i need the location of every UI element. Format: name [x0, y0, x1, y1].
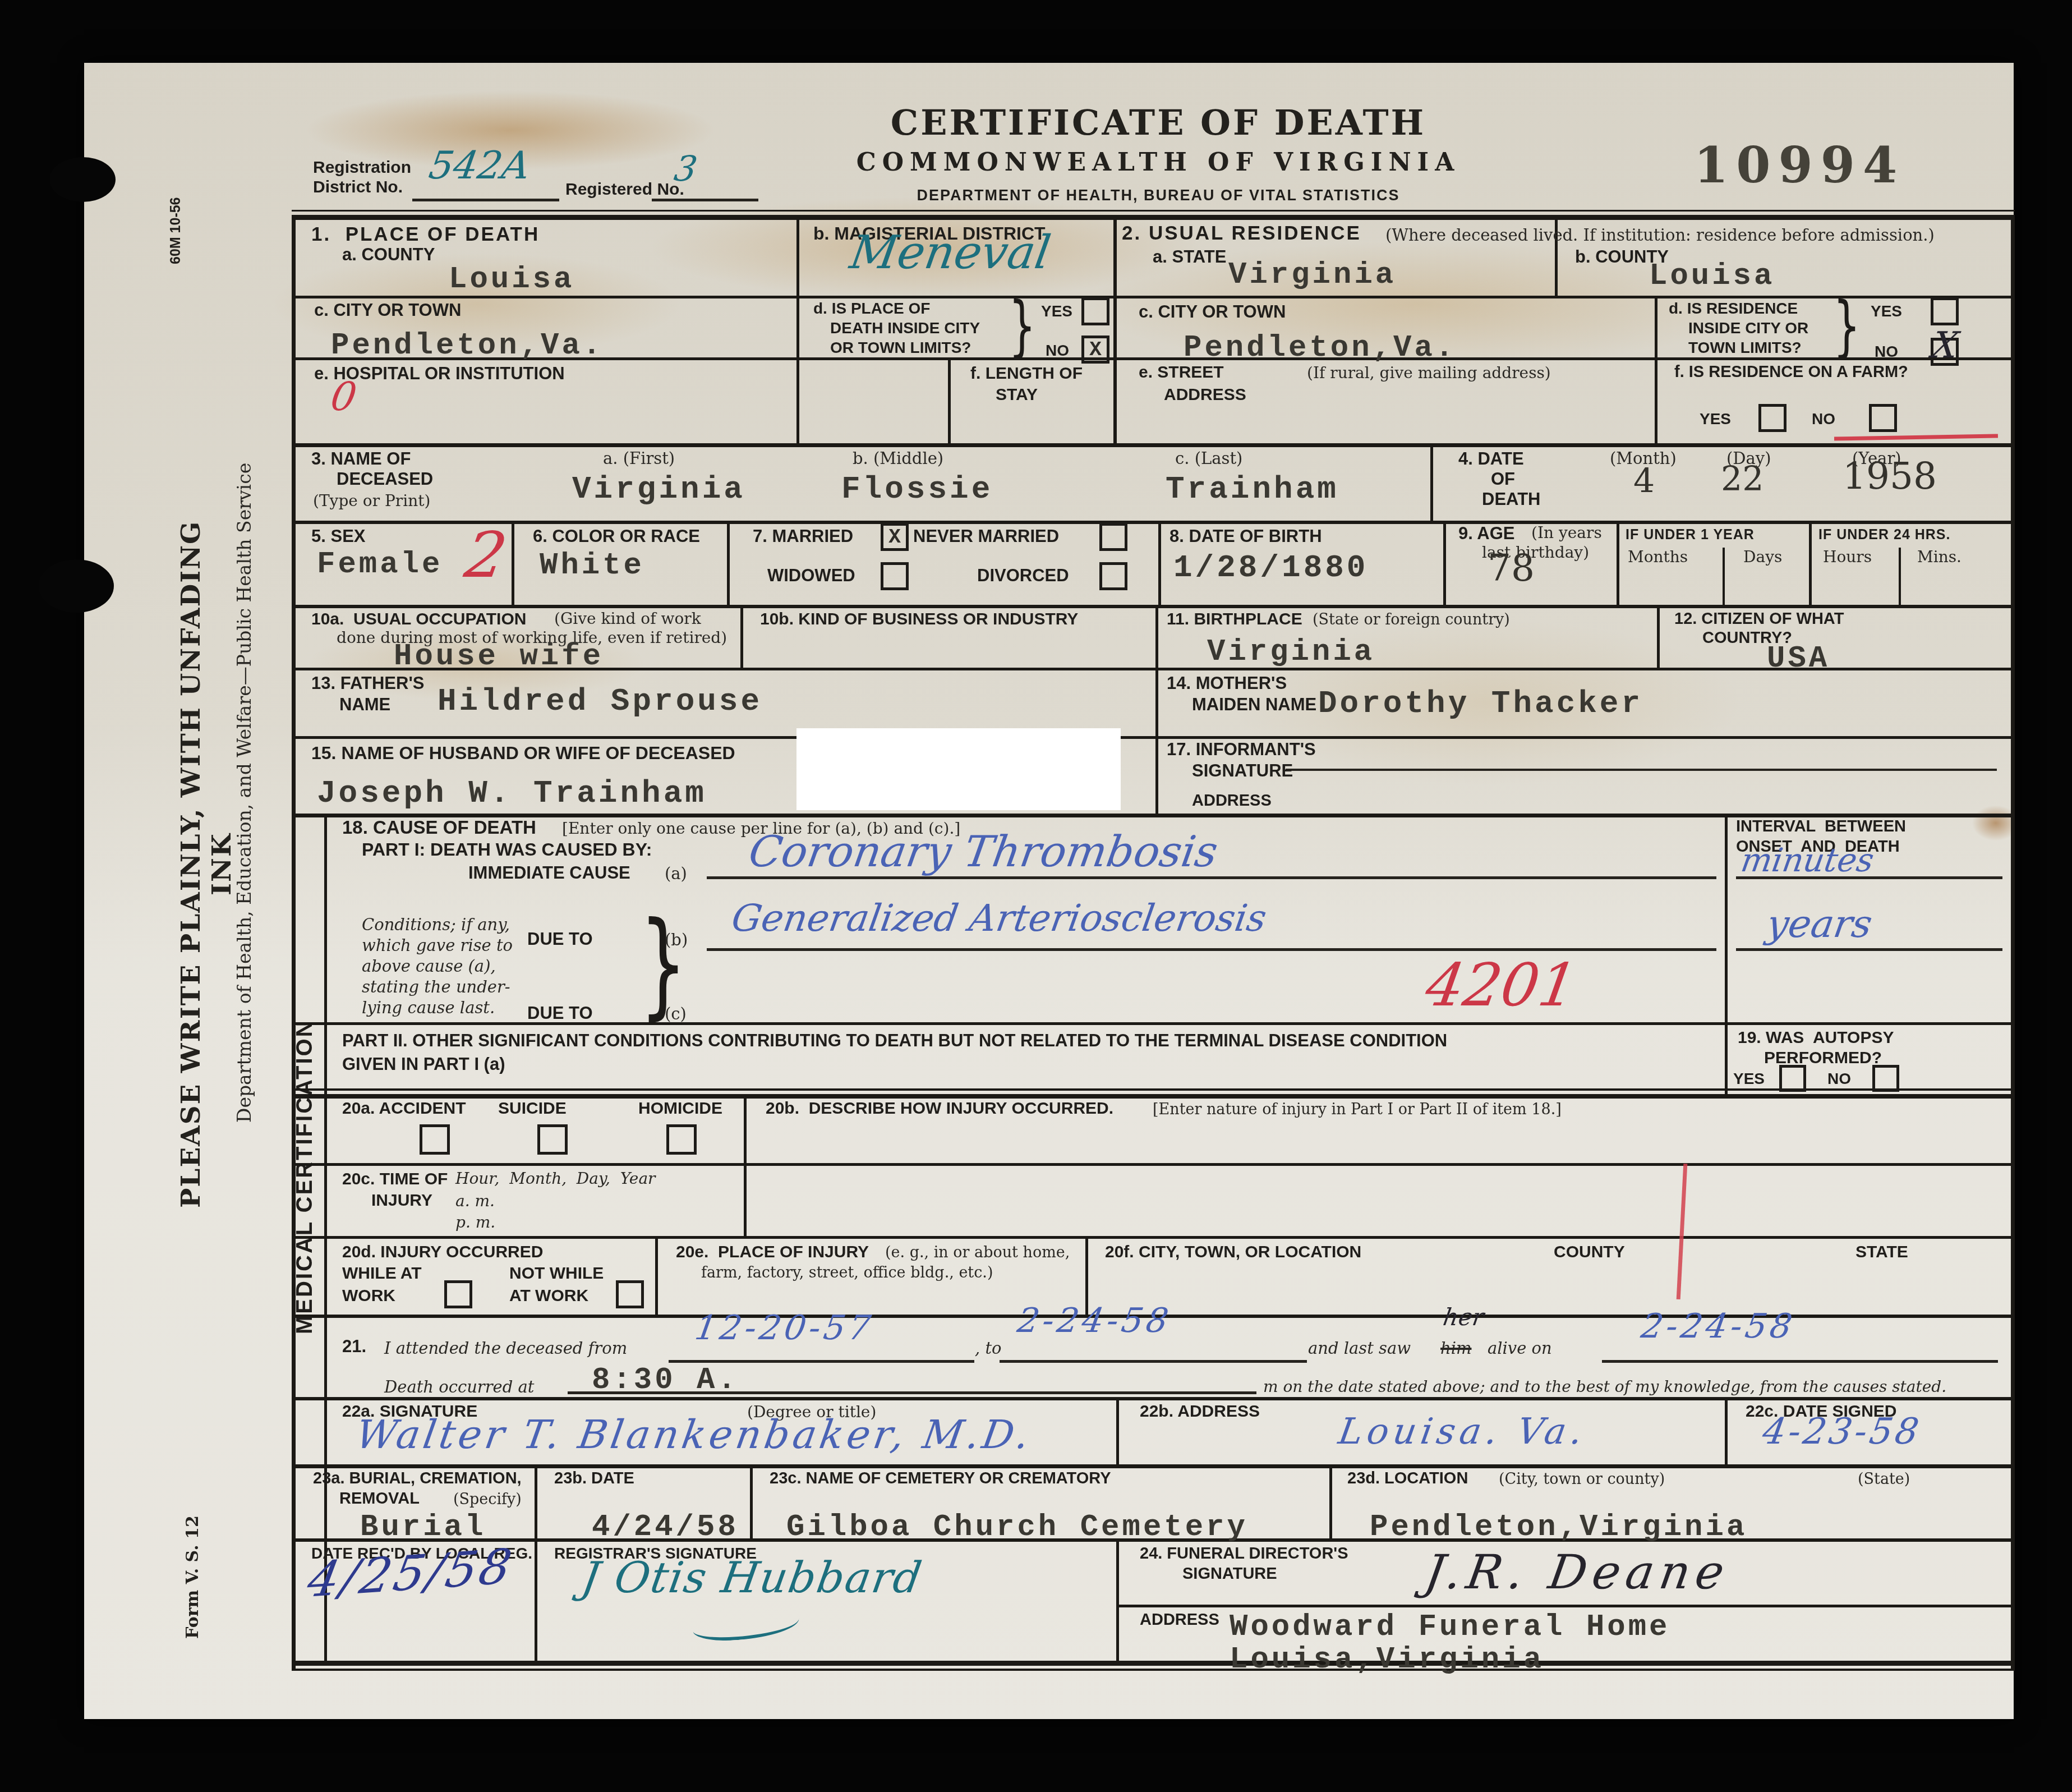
field-14-label-1: 14. MOTHER'S [1167, 674, 1287, 693]
field-21-to-label: , to [975, 1340, 1002, 1358]
field-9-label-1: 9. AGE [1458, 525, 1515, 543]
field-7-never-checkbox [1099, 523, 1127, 551]
field-3-title-1: 3. NAME OF [311, 450, 411, 468]
rule [948, 357, 951, 443]
rule [1329, 1464, 1332, 1538]
rule [292, 1088, 2011, 1091]
field-2-title-note: (Where deceased lived. If institution: r… [1385, 227, 1935, 245]
field-20c-am-label: a. m. [455, 1193, 495, 1210]
scanned-death-certificate: { "page": { "stamp_number": "10994", "br… [0, 0, 2072, 1792]
field-20d-label-2: WHILE AT [342, 1265, 422, 1283]
rule [1155, 736, 1158, 814]
field-21-death-at-label: Death occurred at [384, 1379, 535, 1396]
registrar-signature: J Otis Hubbard [579, 1556, 926, 1599]
field-2a-value: Virginia [1228, 260, 1396, 291]
field-9-hours-label: Hours [1823, 549, 1872, 566]
field-20f-county-label: COUNTY [1554, 1243, 1625, 1261]
field-22b-value: Louisa. Va. [1336, 1414, 1589, 1450]
funeral-director-signature: J.R. Deane [1422, 1549, 1733, 1596]
registration-district-value: 542A [426, 147, 533, 185]
rule [412, 199, 559, 201]
field-7-widowed-checkbox [881, 562, 909, 590]
field-3-middle-value: Flossie [841, 474, 993, 505]
field-2a-label: a. STATE [1153, 248, 1226, 266]
field-19-label-1: 19. WAS AUTOPSY [1738, 1029, 1894, 1047]
field-2f-no-label: NO [1812, 411, 1835, 427]
field-20a-suicide-label: SUICIDE [498, 1100, 567, 1118]
field-20d-label-3: WORK [342, 1287, 395, 1305]
field-2d-no-mark: X [1930, 328, 1961, 364]
field-18-b-value: Generalized Arteriosclerosis [729, 900, 1269, 937]
field-2f-no-checkbox [1869, 404, 1897, 432]
field-2f-label: f. IS RESIDENCE ON A FARM? [1674, 364, 1908, 380]
side-label-medical-certification: MEDICAL CERTIFICATION [293, 937, 321, 1417]
field-1f-label-1: f. LENGTH OF [970, 365, 1083, 383]
field-21-from-value: 12-20-57 [693, 1311, 876, 1345]
registration-label-1: Registration [313, 159, 411, 177]
field-1e-value: 0 [328, 377, 360, 416]
field-18-interval-a-value: minutes [1739, 844, 1876, 876]
field-4-day-value: 22 [1721, 462, 1763, 496]
field-15-label: 15. NAME OF HUSBAND OR WIFE OF DECEASED [311, 744, 735, 763]
field-23a-value: Burial [360, 1513, 486, 1543]
rule [1286, 769, 1997, 771]
field-17-label-1: 17. INFORMANT'S [1167, 741, 1316, 759]
field-20d-label-1: 20d. INJURY OCCURRED [342, 1243, 543, 1261]
rule [1657, 605, 1660, 668]
field-18-interval-b-value: years [1764, 906, 1875, 944]
field-4-month-value: 4 [1633, 465, 1655, 498]
field-19-yes-label: YES [1733, 1070, 1765, 1087]
funeral-director-label-2: SIGNATURE [1182, 1565, 1277, 1582]
certificate-paper: 60M 10-56 PLEASE WRITE PLAINLY, WITH UNF… [84, 63, 2014, 1719]
field-11-label: 11. BIRTHPLACE [1167, 610, 1302, 628]
field-2f-yes-label: YES [1700, 411, 1731, 427]
rule [652, 199, 758, 201]
field-1d-label-2: DEATH INSIDE CITY [830, 320, 980, 336]
field-7-divorced-checkbox [1099, 562, 1127, 590]
field-18-a-label: (a) [665, 865, 687, 883]
field-5-value: Female [317, 550, 443, 580]
rule [1430, 443, 1433, 521]
rule [568, 1391, 1256, 1394]
field-7-married-checkbox-checked: X [881, 523, 909, 551]
field-20a-accident-checkbox [420, 1124, 450, 1155]
rule [750, 1464, 753, 1538]
field-2d-no-label: NO [1875, 343, 1898, 360]
field-15-value: Joseph W. Trainham [317, 778, 707, 809]
rule [1116, 1605, 2011, 1607]
field-23a-note: (Specify) [453, 1491, 522, 1508]
field-20d-label-5: AT WORK [509, 1287, 588, 1305]
red-underline-mark [1834, 434, 1998, 440]
field-20a-suicide-checkbox [537, 1124, 568, 1155]
date-recd-value: 4/25/58 [304, 1542, 517, 1605]
rule [1116, 1538, 1119, 1661]
rule [535, 1464, 537, 1538]
field-19-label-2: PERFORMED? [1764, 1049, 1882, 1067]
field-19-no-checkbox [1872, 1065, 1899, 1092]
field-10b-label: 10b. KIND OF BUSINESS OR INDUSTRY [760, 610, 1078, 628]
field-20b-label: 20b. DESCRIBE HOW INJURY OCCURRED. [766, 1100, 1113, 1118]
field-3-first-label: a. (First) [603, 450, 675, 468]
field-2e-note: (If rural, give mailing address) [1307, 365, 1551, 382]
rule [292, 1236, 2011, 1239]
field-22c-value: 4-23-58 [1760, 1414, 1924, 1450]
field-9-mins-label: Mins. [1917, 549, 1962, 566]
funeral-director-address-label: ADDRESS [1140, 1611, 1219, 1628]
field-6-value: White [540, 551, 644, 581]
field-20b-note: [Enter nature of injury in Part I or Par… [1153, 1101, 1562, 1118]
stock-note: 60M 10-56 [168, 182, 191, 280]
field-21-lastseen-value: 2-24-58 [1639, 1309, 1798, 1343]
field-18-part1-label: PART I: DEATH WAS CAUSED BY: [362, 840, 652, 860]
field-20c-pm-label: p. m. [455, 1214, 495, 1232]
field-3-last-value: Trainham [1166, 474, 1339, 505]
field-3-title-3: (Type or Print) [313, 493, 430, 510]
rule [292, 210, 2015, 212]
field-3-first-value: Virginia [572, 474, 745, 505]
field-12-label-1: 12. CITIZEN OF WHAT [1674, 610, 1844, 627]
field-18-c-label: (c) [665, 1005, 687, 1023]
registered-no-label: Registered No. [565, 181, 684, 199]
field-7-widowed-label: WIDOWED [767, 567, 855, 585]
field-20a-homicide-checkbox [666, 1124, 697, 1155]
field-13-value: Hildred Sprouse [438, 686, 762, 717]
field-10a-note-1: (Give kind of work [554, 610, 701, 628]
field-1d-yes-checkbox [1081, 297, 1109, 325]
field-23b-value: 4/24/58 [592, 1513, 739, 1543]
rule [292, 1464, 2011, 1468]
field-22b-label: 22b. ADDRESS [1140, 1403, 1260, 1421]
field-18-conditions-note: Conditions; if any, which gave rise to a… [362, 915, 513, 1019]
field-21-lastsaw-label: and last saw [1308, 1340, 1411, 1358]
field-18-immediate-label: IMMEDIATE CAUSE [468, 864, 630, 883]
rule [655, 1236, 658, 1315]
field-5-label: 5. SEX [311, 527, 366, 546]
field-20a-homicide-label: HOMICIDE [638, 1100, 722, 1118]
field-2b-value: Louisa [1649, 261, 1775, 292]
rule [1158, 521, 1161, 605]
rule [707, 876, 1716, 879]
field-1a-label: a. COUNTY [342, 246, 435, 264]
rule [2011, 215, 2015, 1669]
field-2d-yes-checkbox [1931, 297, 1959, 325]
redaction-box [796, 728, 1121, 810]
side-note-form-number: Form V. S. 12 [183, 1483, 209, 1671]
field-1d-no-label: NO [1046, 342, 1069, 359]
field-3-middle-label: b. (Middle) [853, 450, 943, 468]
rule [744, 1163, 747, 1236]
field-3-last-label: c. (Last) [1175, 450, 1242, 468]
rule [1155, 605, 1158, 668]
rule [1723, 548, 1725, 605]
field-18-dueto-b-label: DUE TO [527, 930, 593, 949]
field-14-label-2: MAIDEN NAME [1192, 696, 1316, 714]
field-22a-physician-signature: Walter T. Blankenbaker, M.D. [353, 1415, 1035, 1454]
field-1d-yes-label: YES [1041, 303, 1072, 319]
rule [535, 1538, 537, 1661]
field-17-label-2: SIGNATURE [1192, 762, 1293, 780]
field-12-value: USA [1767, 644, 1830, 674]
bureau-line: DEPARTMENT OF HEALTH, BUREAU OF VITAL ST… [850, 187, 1467, 203]
rule [1000, 1360, 1307, 1363]
rule [1655, 296, 1657, 443]
rule [1725, 814, 1728, 1094]
field-11-note: (State or foreign country) [1313, 612, 1510, 628]
field-10a-value: House wife [394, 642, 604, 672]
funeral-home-city: Louisa,Virginia [1230, 1645, 1544, 1675]
rule [292, 215, 296, 1669]
rule [292, 814, 2011, 817]
rule [512, 521, 514, 605]
field-7-never-label: NEVER MARRIED [913, 527, 1059, 546]
field-9-under1-label: IF UNDER 1 YEAR [1626, 527, 1755, 542]
field-1c-label: c. CITY OR TOWN [314, 301, 461, 320]
field-18-title: 18. CAUSE OF DEATH [342, 818, 536, 838]
rule [669, 1360, 974, 1363]
field-23d-state-note: (State) [1858, 1471, 1910, 1488]
field-18-c-code: 4201 [1422, 956, 1581, 1015]
field-4-title-3: DEATH [1482, 490, 1540, 509]
field-8-label: 8. DATE OF BIRTH [1169, 527, 1322, 546]
rule [744, 1094, 747, 1163]
field-21-attended-label: I attended the deceased from [384, 1340, 627, 1358]
field-21-him-strikethrough: him [1440, 1340, 1471, 1358]
rule [292, 736, 2011, 739]
certificate-title: CERTIFICATE OF DEATH [850, 102, 1467, 143]
field-9-months-label: Months [1628, 549, 1688, 566]
rule [1899, 548, 1901, 605]
field-9-under24-label: IF UNDER 24 HRS. [1818, 527, 1950, 542]
field-23d-label: 23d. LOCATION [1347, 1470, 1468, 1487]
field-14-value: Dorothy Thacker [1318, 688, 1643, 719]
rule [292, 215, 2015, 220]
field-18-interval-label-1: INTERVAL BETWEEN [1736, 818, 1906, 835]
registrar-flourish [692, 1606, 800, 1643]
field-4-year-value: 1958 [1843, 458, 1937, 495]
rule [1736, 948, 2002, 951]
rule [292, 1094, 2011, 1099]
rule [1809, 521, 1812, 605]
field-20c-label-2: INJURY [371, 1192, 432, 1210]
field-20e-label: 20e. PLACE OF INJURY [676, 1243, 869, 1261]
punch-hole-bottom [38, 559, 114, 613]
punch-hole-top [49, 157, 116, 202]
rule [292, 521, 2011, 524]
field-21-aliveon-label: alive on [1488, 1340, 1552, 1358]
field-4-title-2: OF [1491, 470, 1515, 489]
red-stray-mark [1677, 1164, 1688, 1299]
field-2d-label-2: INSIDE CITY OR [1688, 320, 1808, 336]
rule [1155, 668, 1158, 736]
field-20d-label-4: NOT WHILE [509, 1265, 604, 1283]
field-20f-state-label: STATE [1855, 1243, 1908, 1261]
field-20e-note-2: farm, factory, street, office bldg., etc… [701, 1265, 993, 1281]
field-7-married-label: 7. MARRIED [753, 527, 853, 546]
field-20c-label-1: 20c. TIME OF [342, 1170, 448, 1188]
field-21-rest-label: m on the date stated above; and to the b… [1263, 1379, 1946, 1396]
field-2c-label: c. CITY OR TOWN [1139, 303, 1286, 321]
brace-glyph: } [1833, 293, 1861, 359]
field-1c-value: Pendleton,Va. [331, 331, 604, 361]
part2-text: PART II. OTHER SIGNIFICANT CONDITIONS CO… [342, 1029, 1711, 1076]
rule [1116, 1397, 1119, 1464]
field-9-value: 78 [1488, 550, 1535, 587]
commonwealth-subtitle: COMMONWEALTH OF VIRGINIA [850, 148, 1467, 177]
field-23a-label-1: 23a. BURIAL, CREMATION, [313, 1470, 522, 1487]
side-note-department: Department of Health, Education, and Wel… [234, 436, 265, 1149]
field-7-divorced-label: DIVORCED [977, 567, 1069, 585]
field-4-title-1: 4. DATE [1458, 450, 1524, 468]
rule [292, 1397, 2011, 1400]
field-2f-yes-checkbox [1758, 404, 1786, 432]
field-2c-value: Pendleton,Va. [1184, 333, 1456, 364]
field-21-to-value: 2-24-58 [1015, 1304, 1174, 1338]
field-17-label-3: ADDRESS [1192, 792, 1272, 809]
field-20f-label: 20f. CITY, TOWN, OR LOCATION [1105, 1243, 1361, 1261]
rule [292, 1661, 2015, 1666]
rule [292, 605, 2011, 608]
brace-glyph: } [1009, 293, 1036, 359]
rule [292, 443, 2011, 447]
field-13-label-2: NAME [339, 696, 390, 714]
rule [740, 605, 743, 668]
funeral-home-name: Woodward Funeral Home [1230, 1612, 1670, 1643]
field-1d-label-1: d. IS PLACE OF [813, 300, 930, 316]
rule [796, 219, 799, 443]
field-23d-value: Pendleton,Virginia [1370, 1513, 1747, 1543]
field-9-label-2: (In years [1531, 525, 1602, 542]
field-18-dueto-c-label: DUE TO [527, 1004, 593, 1023]
rule [1617, 521, 1619, 605]
field-23b-label: 23b. DATE [554, 1470, 634, 1487]
field-20e-note-1: (e. g., in or about home, [885, 1244, 1070, 1261]
field-23c-label: 23c. NAME OF CEMETERY OR CREMATORY [770, 1470, 1111, 1487]
field-21-number: 21. [342, 1338, 366, 1356]
field-23d-note: (City, town or county) [1499, 1471, 1665, 1488]
field-11-value: Virginia [1207, 637, 1375, 668]
field-23a-label-2: REMOVAL [339, 1490, 420, 1507]
rule [1725, 1397, 1728, 1464]
field-1d-no-checkbox-checked: X [1081, 336, 1109, 364]
field-1f-label-2: STAY [996, 386, 1038, 404]
field-1a-value: Louisa [449, 265, 574, 295]
field-2d-yes-label: YES [1871, 303, 1902, 319]
rule [1443, 521, 1446, 605]
field-20c-note: Hour, Month, Day, Year [455, 1170, 656, 1188]
field-20d-work-checkbox [444, 1280, 472, 1308]
field-10a-label: 10a. USUAL OCCUPATION [311, 610, 526, 628]
rule [1602, 1360, 1998, 1363]
field-18-b-label: (b) [665, 931, 688, 949]
field-19-yes-checkbox [1779, 1065, 1806, 1092]
field-2-title: 2. USUAL RESIDENCE [1122, 223, 1361, 244]
field-2e-label-2: ADDRESS [1164, 386, 1246, 404]
field-23c-value: Gilboa Church Cemetery [786, 1513, 1248, 1543]
field-21-her-correction: her [1442, 1306, 1486, 1329]
field-1b-value: Meneval [847, 230, 1053, 276]
field-8-value: 1/28/1880 [1173, 552, 1368, 583]
field-2d-label-1: d. IS RESIDENCE [1669, 300, 1798, 316]
field-5-annotation: 2 [461, 524, 511, 587]
field-19-no-label: NO [1827, 1070, 1851, 1087]
rule [292, 1669, 2015, 1671]
certificate-number-stamp: 10994 [1694, 136, 1905, 194]
field-1d-label-3: OR TOWN LIMITS? [830, 339, 971, 356]
field-2d-label-3: TOWN LIMITS? [1688, 339, 1802, 356]
rule [1113, 219, 1117, 443]
side-note-write-plainly: PLEASE WRITE PLAINLY, WITH UNFADING INK [176, 487, 213, 1242]
field-20d-notwork-checkbox [616, 1280, 644, 1308]
field-1-title: 1. PLACE OF DEATH [311, 224, 540, 245]
rule [292, 1163, 2011, 1166]
field-2e-label-1: e. STREET [1139, 364, 1224, 382]
funeral-director-label-1: 24. FUNERAL DIRECTOR'S [1140, 1545, 1348, 1562]
rule [1736, 876, 2002, 879]
field-6-label: 6. COLOR OR RACE [533, 527, 700, 546]
field-3-title-2: DECEASED [337, 470, 433, 489]
registration-label-2: District No. [313, 178, 403, 196]
field-9-days-label: Days [1743, 549, 1782, 566]
field-18-a-value: Coronary Thrombosis [746, 830, 1221, 873]
field-20a-accident-label: 20a. ACCIDENT [342, 1100, 466, 1118]
rule [727, 521, 730, 605]
registered-no-value: 3 [672, 151, 699, 186]
field-13-label-1: 13. FATHER'S [311, 674, 424, 693]
